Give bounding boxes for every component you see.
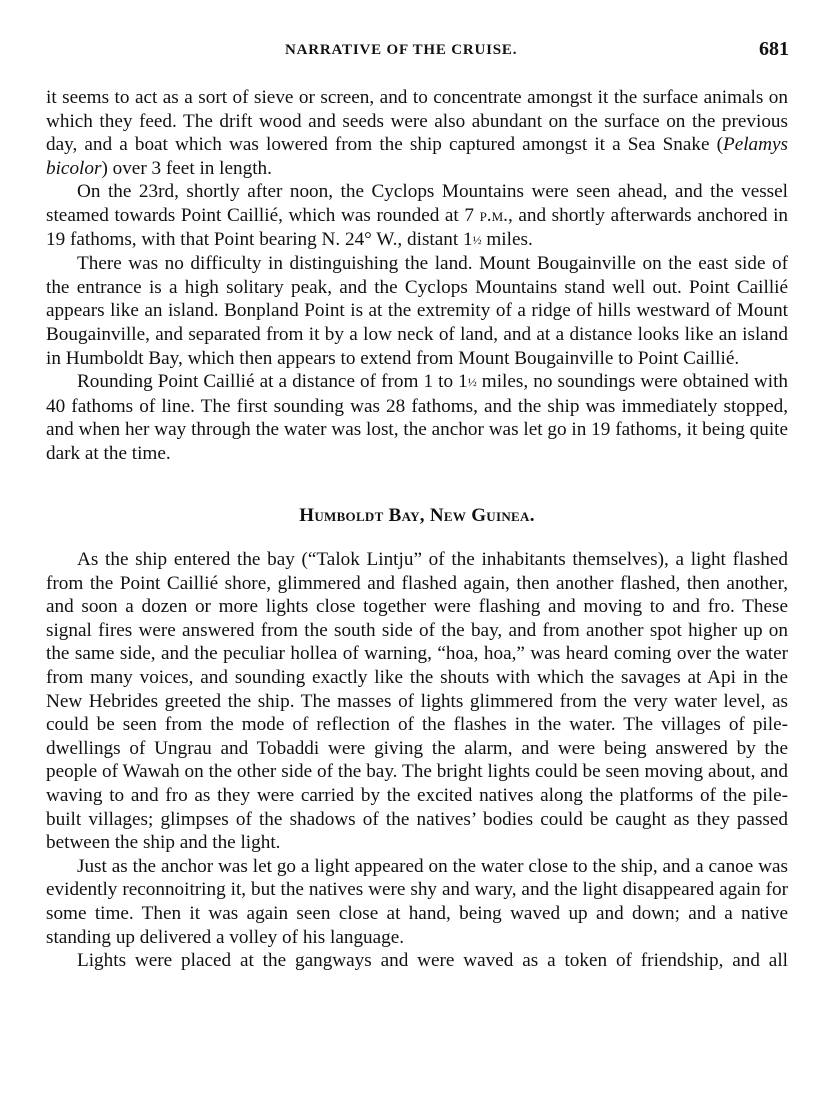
paragraph-text: Rounding Point Caillié at a distance of … [77, 371, 468, 392]
paragraph-text: miles. [482, 229, 533, 250]
fraction: ½ [468, 375, 477, 389]
page-header: NARRATIVE OF THE CRUISE. 681 [0, 38, 825, 64]
paragraph-signal-lights: As the ship entered the bay (“Talok Lint… [46, 548, 788, 855]
paragraph-rounding-point: Rounding Point Caillié at a distance of … [46, 370, 788, 465]
paragraph-gangway-lights: Lights were placed at the gangways and w… [46, 949, 788, 973]
fraction: ½ [473, 233, 482, 247]
paragraph-land-description: There was no difficulty in distinguishin… [46, 252, 788, 370]
paragraph-canoe: Just as the anchor was let go a light ap… [46, 855, 788, 949]
paragraph-sea-snake: it seems to act as a sort of sieve or sc… [46, 86, 788, 180]
time-abbrev: p.m. [480, 205, 508, 226]
running-title: NARRATIVE OF THE CRUISE. [285, 42, 517, 59]
paragraph-text: ) over 3 feet in length. [101, 158, 272, 179]
paragraph-cyclops-mountains: On the 23rd, shortly after noon, the Cyc… [46, 180, 788, 252]
body-text: it seems to act as a sort of sieve or sc… [46, 86, 788, 973]
section-heading: Humboldt Bay, New Guinea. [46, 504, 788, 528]
page-number: 681 [759, 38, 789, 61]
paragraph-text: it seems to act as a sort of sieve or sc… [46, 87, 788, 155]
